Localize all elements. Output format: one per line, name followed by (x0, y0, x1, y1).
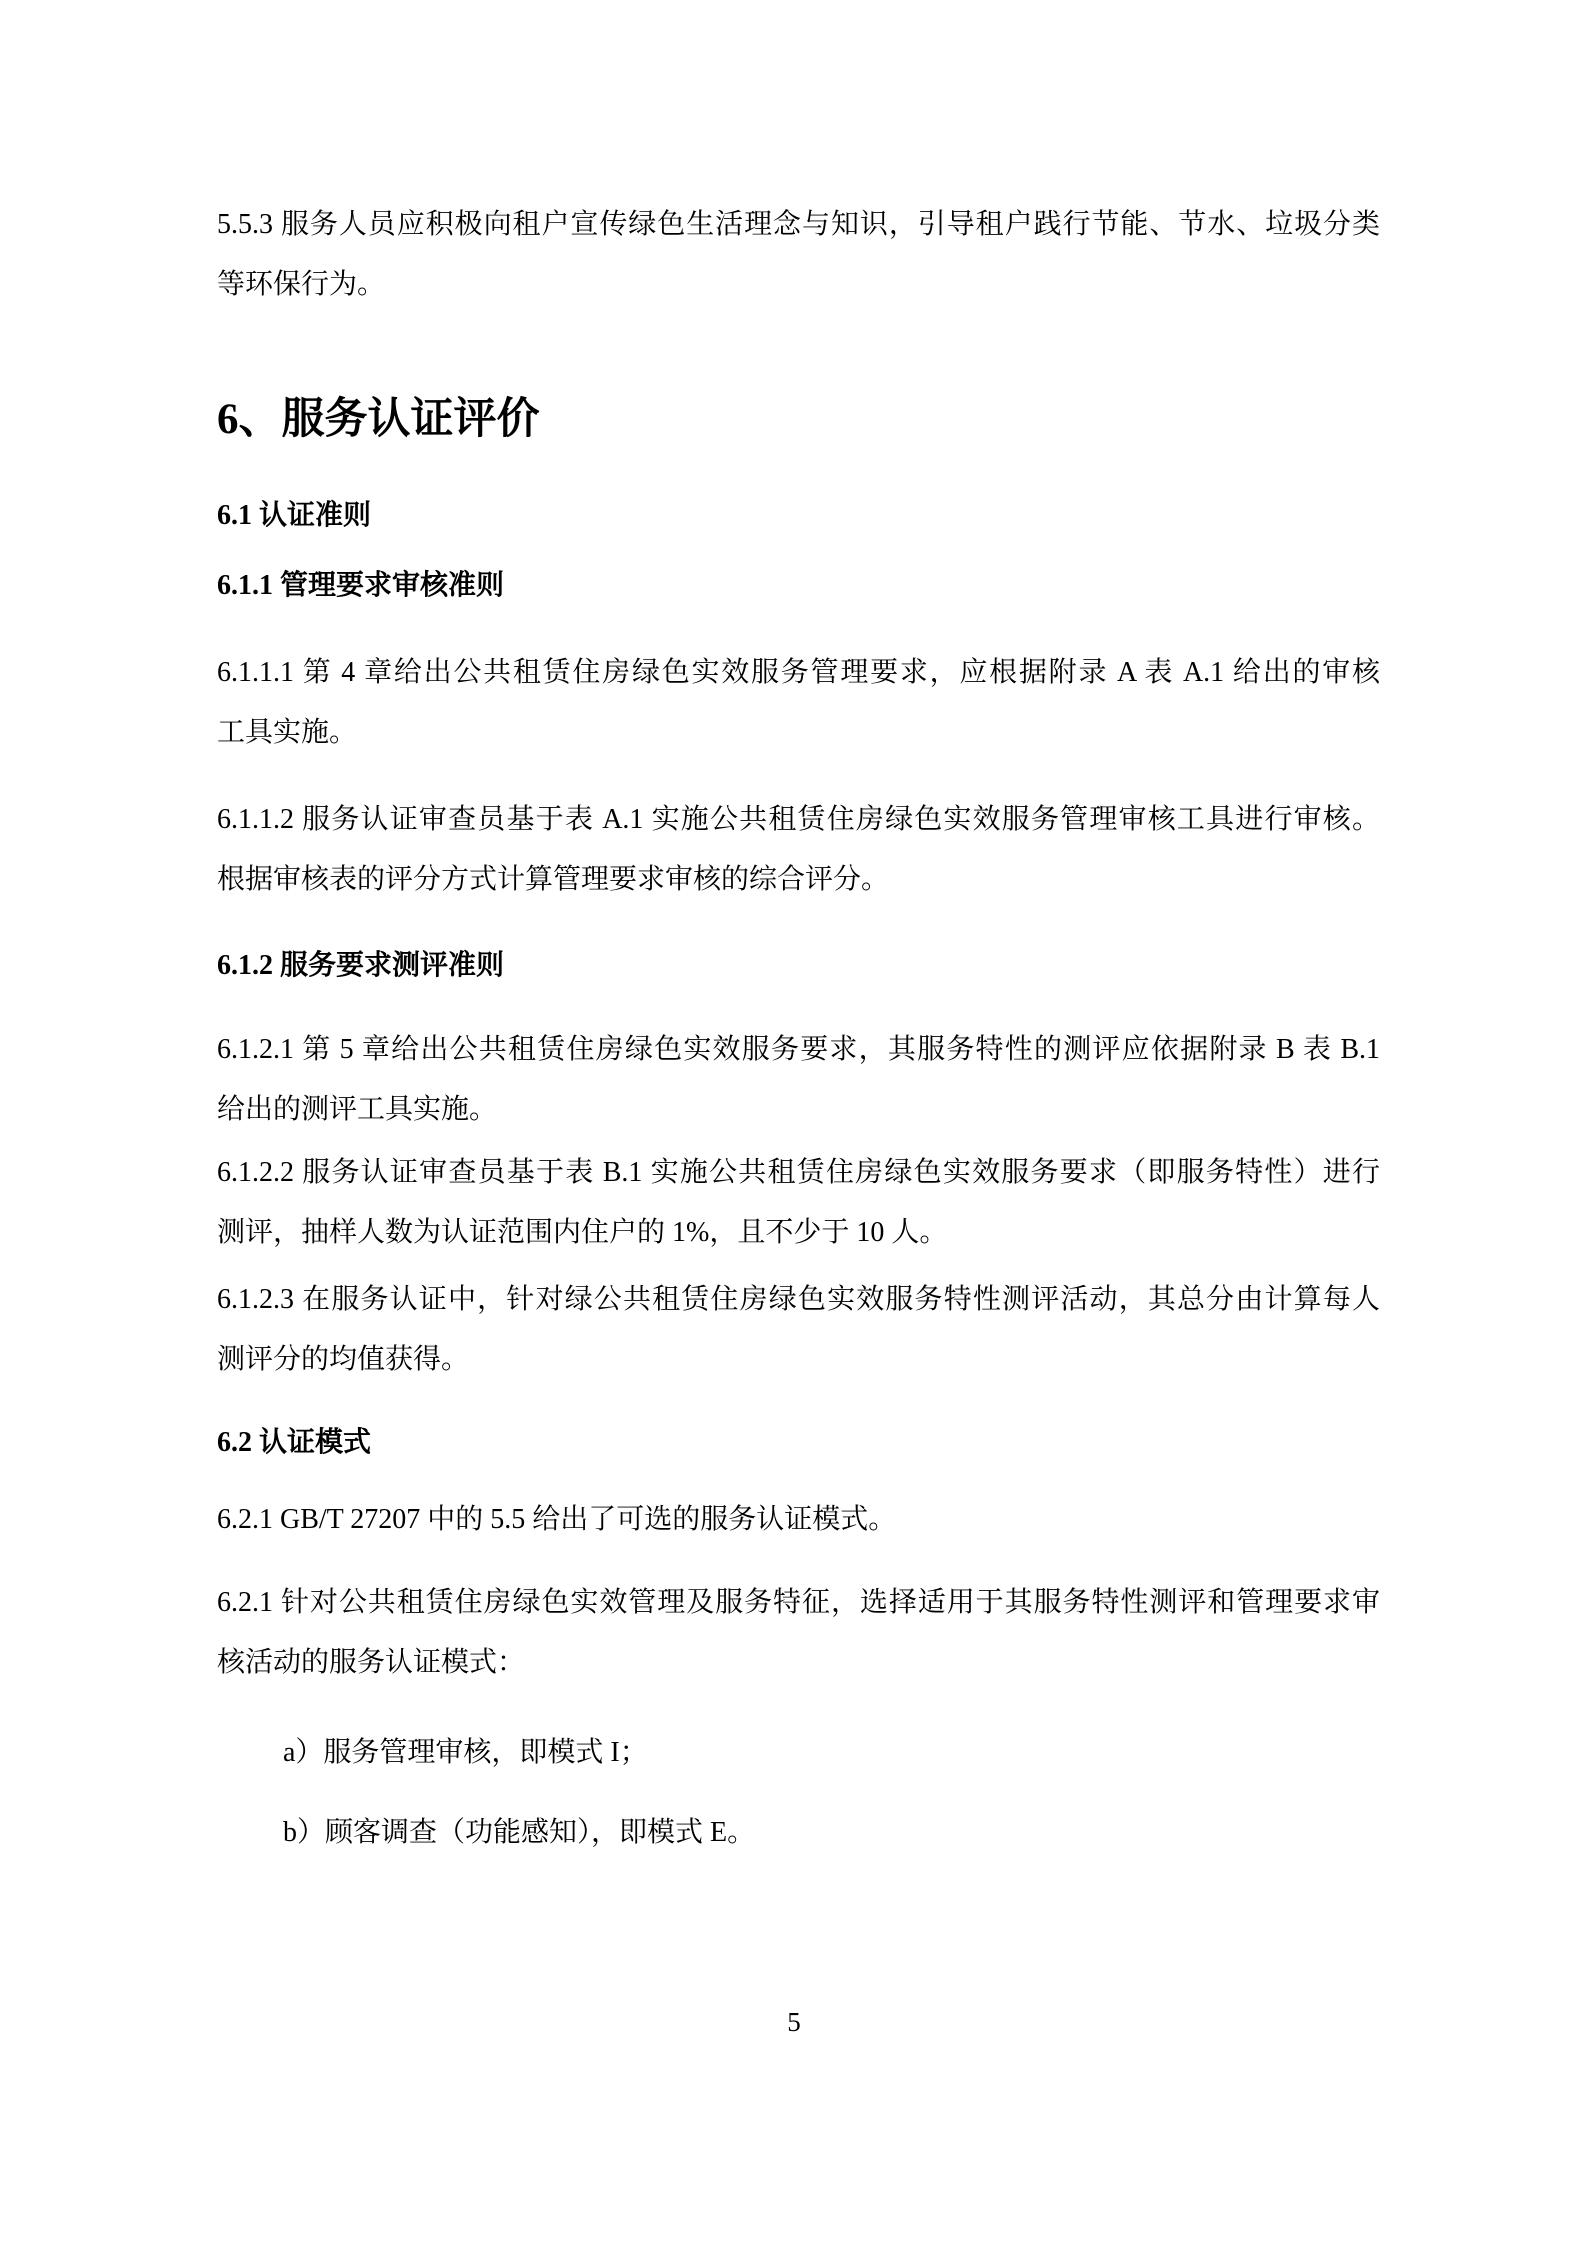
text-line: 6.1.2.1 第 5 章给出公共租赁住房绿色实效服务要求，其服务特性的测评应依… (217, 1020, 1380, 1080)
document-page: 5.5.3 服务人员应积极向租户宣传绿色生活理念与知识，引导租户践行节能、节水、… (0, 0, 1588, 2245)
text-line: 根据审核表的评分方式计算管理要求审核的综合评分。 (217, 850, 1380, 910)
text-line: 6.1.1.1 第 4 章给出公共租赁住房绿色实效服务管理要求，应根据附录 A … (217, 643, 1380, 703)
section-heading-6-2: 6.2 认证模式 (217, 1413, 1380, 1473)
clause-6-2-1-modes: 6.2.1 GB/T 27207 中的 5.5 给出了可选的服务认证模式。 (217, 1490, 1380, 1550)
text-line: 6.1.2.3 在服务认证中，针对绿公共租赁住房绿色实效服务特性测评活动，其总分… (217, 1270, 1380, 1330)
text-line: 测评分的均值获得。 (217, 1330, 1380, 1390)
list-item-b: b）顾客调查（功能感知），即模式 E。 (217, 1803, 1380, 1863)
clause-6-1-2-3: 6.1.2.3 在服务认证中，针对绿公共租赁住房绿色实效服务特性测评活动，其总分… (217, 1270, 1380, 1390)
text-line: 6.1.1.2 服务认证审查员基于表 A.1 实施公共租赁住房绿色实效服务管理审… (217, 790, 1380, 850)
text-line: 5.5.3 服务人员应积极向租户宣传绿色生活理念与知识，引导租户践行节能、节水、… (217, 195, 1380, 255)
chapter-heading-6: 6、服务认证评价 (217, 388, 1380, 452)
clause-6-1-2-1: 6.1.2.1 第 5 章给出公共租赁住房绿色实效服务要求，其服务特性的测评应依… (217, 1020, 1380, 1140)
clause-6-1-1-1: 6.1.1.1 第 4 章给出公共租赁住房绿色实效服务管理要求，应根据附录 A … (217, 643, 1380, 763)
document-body: 5.5.3 服务人员应积极向租户宣传绿色生活理念与知识，引导租户践行节能、节水、… (217, 0, 1380, 1863)
text-line: 6.2.1 针对公共租赁住房绿色实效管理及服务特征，选择适用于其服务特性测评和管… (217, 1573, 1380, 1633)
subsection-heading-6-1-2: 6.1.2 服务要求测评准则 (217, 936, 1380, 996)
page-number: 5 (787, 2007, 801, 2037)
text-line: 工具实施。 (217, 703, 1380, 763)
clause-6-1-2-2: 6.1.2.2 服务认证审查员基于表 B.1 实施公共租赁住房绿色实效服务要求（… (217, 1143, 1380, 1263)
text-line: 核活动的服务认证模式： (217, 1633, 1380, 1693)
text-line: 6.2.1 GB/T 27207 中的 5.5 给出了可选的服务认证模式。 (217, 1490, 1380, 1550)
clause-5-5-3: 5.5.3 服务人员应积极向租户宣传绿色生活理念与知识，引导租户践行节能、节水、… (217, 195, 1380, 315)
page-footer: 5 (0, 1992, 1588, 2052)
subsection-heading-6-1-1: 6.1.1 管理要求审核准则 (217, 556, 1380, 616)
text-line: 测评，抽样人数为认证范围内住户的 1%，且不少于 10 人。 (217, 1203, 1380, 1263)
text-line: 给出的测评工具实施。 (217, 1080, 1380, 1140)
section-heading-6-1: 6.1 认证准则 (217, 486, 1380, 546)
clause-6-1-1-2: 6.1.1.2 服务认证审查员基于表 A.1 实施公共租赁住房绿色实效服务管理审… (217, 790, 1380, 910)
list-item-a: a）服务管理审核，即模式 I； (217, 1723, 1380, 1783)
clause-6-2-1-selection: 6.2.1 针对公共租赁住房绿色实效管理及服务特征，选择适用于其服务特性测评和管… (217, 1573, 1380, 1693)
text-line: 6.1.2.2 服务认证审查员基于表 B.1 实施公共租赁住房绿色实效服务要求（… (217, 1143, 1380, 1203)
text-line: 等环保行为。 (217, 255, 1380, 315)
